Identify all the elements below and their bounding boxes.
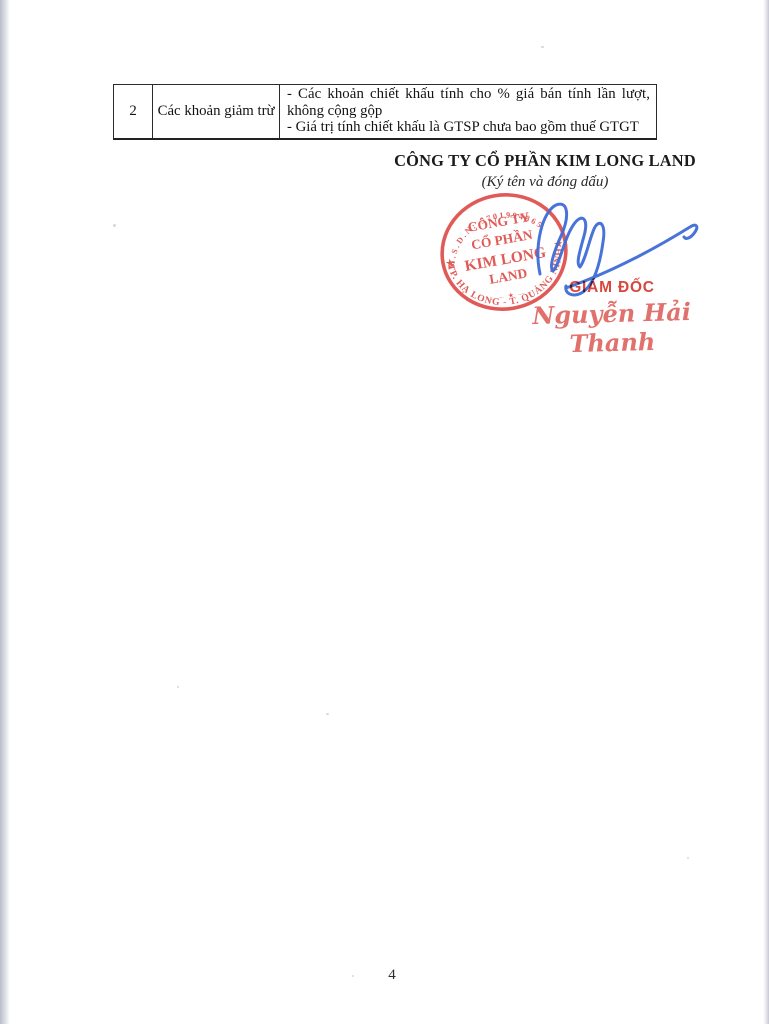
table-cell-details: - Các khoản chiết khấu tính cho % giá bá…: [280, 85, 656, 138]
scan-speck: [326, 713, 329, 715]
company-name: CÔNG TY CỔ PHẦN KIM LONG LAND: [385, 151, 705, 171]
scan-speck: [687, 857, 689, 859]
stamp-line-kim-long: KIM LONG: [463, 244, 547, 275]
table-cell-index: 2: [114, 85, 153, 138]
detail-line: không cộng gộp: [287, 103, 650, 120]
scan-speck: [177, 686, 179, 688]
discount-terms-table: 2 Các khoản giảm trừ - Các khoản chiết k…: [113, 84, 657, 140]
stamp-line-co-phan: CỔ PHẦN: [470, 227, 534, 253]
signer-name: Nguyễn Hải Thanh: [511, 296, 712, 359]
row-category: Các khoản giảm trừ: [158, 103, 275, 120]
stamp-star-left-icon: ★: [444, 257, 456, 271]
page-number: 4: [378, 967, 406, 984]
scan-speck: [541, 46, 544, 48]
sign-instruction: (Ký tên và đóng dấu): [385, 174, 705, 191]
scanned-document-page: { "page": { "number": "4" }, "table": { …: [0, 0, 769, 1024]
stamp-line-land: LAND: [488, 265, 529, 286]
scan-speck: [113, 224, 116, 227]
scan-edge-left: [0, 0, 10, 1024]
scan-speck: [352, 975, 354, 977]
stamp-line-cong-ty: CÔNG TY: [467, 209, 531, 235]
scan-edge-right: [763, 0, 769, 1024]
company-stamp: M.S.D.N: 5701994865 TP. HẠ LONG - T. QUẢ…: [433, 185, 575, 319]
director-title: GIÁM ĐỐC: [552, 279, 672, 297]
row-index: 2: [129, 103, 136, 120]
detail-line: - Các khoản chiết khấu tính cho % giá bá…: [287, 86, 650, 103]
table-cell-category: Các khoản giảm trừ: [153, 85, 280, 138]
svg-text:M.S.D.N: 5701994865: M.S.D.N: 5701994865: [439, 204, 550, 271]
detail-line: - Giá trị tính chiết khấu là GTSP chưa b…: [287, 119, 650, 136]
stamp-star-right-icon: ★: [553, 238, 565, 252]
stamp-top-arc-text: M.S.D.N: 5701994865: [439, 204, 550, 271]
stamp-ring: [433, 185, 575, 319]
